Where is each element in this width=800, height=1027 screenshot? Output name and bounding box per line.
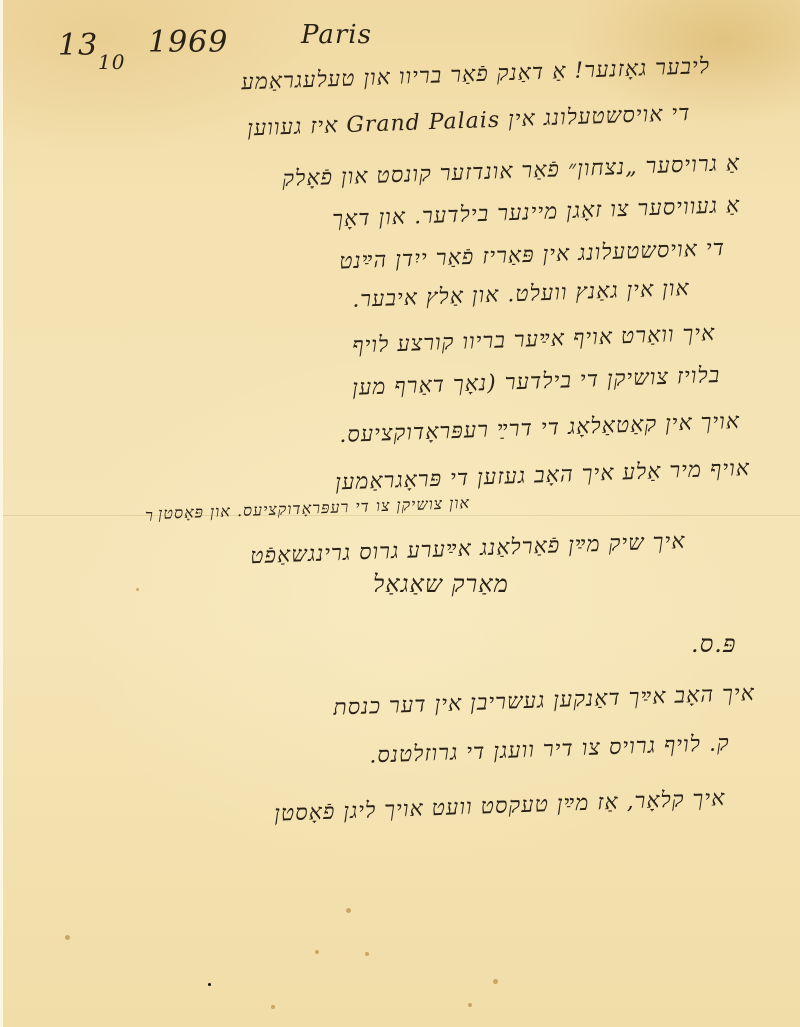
interlinear-note: און צושיקן צו די רעפּראָדוקציעס. און פּא… bbox=[158, 493, 470, 524]
marginal-mark: ר bbox=[145, 506, 154, 526]
postscript-line-2: ק. לויף גרויס צו דיר וועגן די גרוזלטנס. bbox=[369, 730, 730, 769]
postscript-label: פּ.ס. bbox=[691, 630, 736, 659]
body-line-3: אַ גרויסער „נצחון״ פֿאַר אונדזער קונסט א… bbox=[282, 150, 741, 192]
foxing-spot bbox=[315, 950, 319, 954]
body-line-9: אויך אין קאַטאַלאָג די דרײַ רעפּראָדוקצי… bbox=[339, 408, 741, 448]
body-line-10: אויף מיר אַלע איך האָב געזען די פּראָגרא… bbox=[335, 455, 751, 495]
body-line-7: איך וואַרט אויף אײַער בריוו קורצע לויף bbox=[352, 320, 716, 359]
foxing-spot bbox=[346, 908, 351, 913]
body-line-4: אַ געוויסער צו זאָגן מיינער בילדער. און … bbox=[332, 192, 741, 232]
foxing-spot bbox=[468, 1003, 472, 1007]
foxing-spot bbox=[65, 935, 70, 940]
foxing-spot bbox=[136, 588, 139, 591]
foxing-spot bbox=[271, 1005, 275, 1009]
signature: מאַרק שאַגאַל bbox=[373, 570, 509, 599]
body-line-2: די אויסשטעלונג אין Grand Palais איז געוו… bbox=[246, 100, 690, 141]
place-name: Paris bbox=[301, 20, 372, 50]
postscript-line-1: איך האָב אײַך דאַנקען געשריבן אין דער כנ… bbox=[333, 680, 755, 721]
body-line-8: בלויז צושיקן די בילדער (נאָך דאַרף מען bbox=[351, 362, 720, 401]
date-month: 10 bbox=[98, 50, 125, 74]
postscript-line-3: איך קלאָר, אַז מײַן טעקסט וועט אויך ליגן… bbox=[274, 785, 726, 827]
date-day: 13 bbox=[58, 28, 98, 63]
body-line-5: די אויסשטעלונג אין פּאַריז פֿאַר ייִדן ה… bbox=[339, 235, 726, 274]
foxing-spot bbox=[365, 952, 369, 956]
letter-paper: 13 10 1969 Paris ליבער גאָזנער! אַ דאַנק… bbox=[0, 0, 800, 1027]
foxing-spot bbox=[493, 979, 498, 984]
ink-spot bbox=[208, 983, 211, 986]
body-line-1: ליבער גאָזנער! אַ דאַנק פֿאַר בריוו און … bbox=[241, 53, 711, 95]
date-year: 1969 bbox=[148, 25, 228, 60]
body-line-11: איך שיק מײַן פֿאַרלאַנג אײַערע גרוס גרינ… bbox=[249, 528, 685, 569]
body-line-6: און אין גאַנץ וועלט. און אַלץ איבער. bbox=[352, 275, 690, 313]
